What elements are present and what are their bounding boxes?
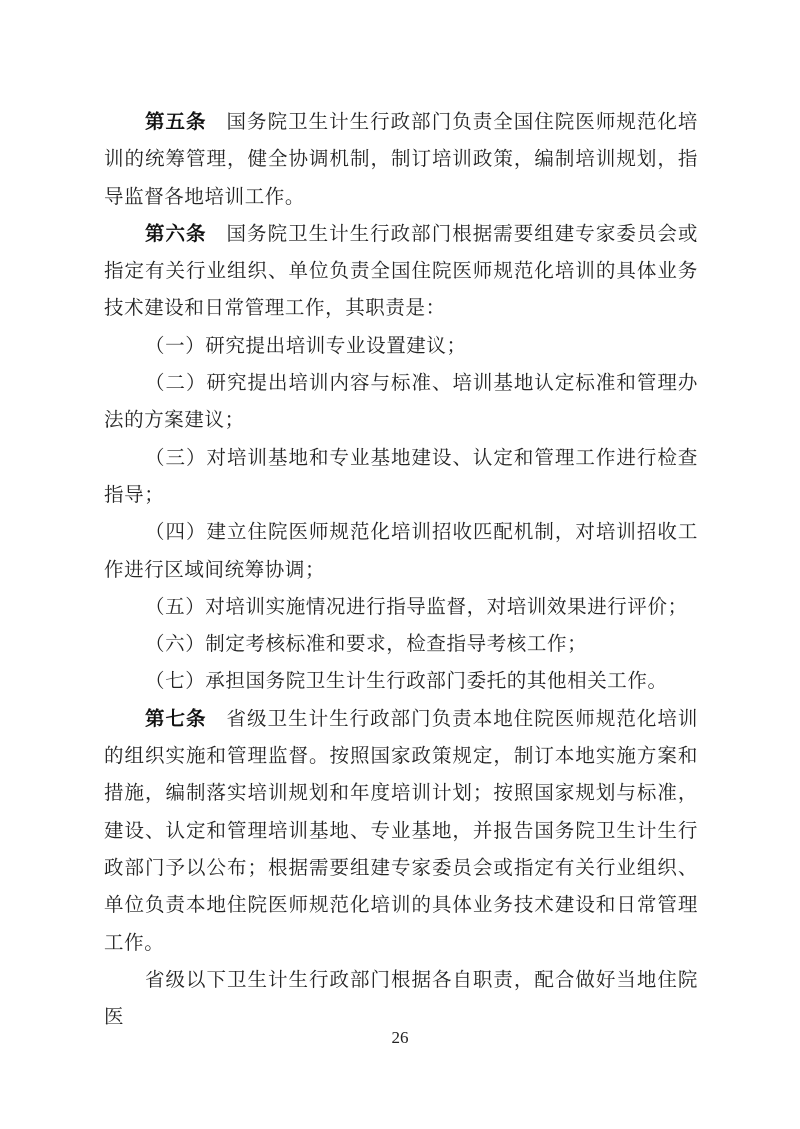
continuation-paragraph: 省级以下卫生计生行政部门根据各自职责，配合做好当地住院医: [104, 961, 698, 1036]
paragraph-text: （五）对培训实施情况进行指导监督，对培训效果进行评价；: [145, 595, 688, 618]
paragraph-text: （七）承担国务院卫生计生行政部门委托的其他相关工作。: [145, 669, 668, 692]
list-item-5: （五）对培训实施情况进行指导监督，对培训效果进行评价；: [104, 588, 698, 625]
list-item-7: （七）承担国务院卫生计生行政部门委托的其他相关工作。: [104, 662, 698, 699]
article-6-paragraph: 第六条国务院卫生计生行政部门根据需要组建专家委员会或指定有关行业组织、单位负责全…: [104, 215, 698, 327]
page-number: 26: [0, 1028, 800, 1048]
article-number: 第七条: [145, 707, 207, 730]
paragraph-text: （二）研究提出培训内容与标准、培训基地认定标准和管理办法的方案建议；: [104, 371, 698, 431]
article-number: 第六条: [145, 222, 207, 245]
paragraph-text: （六）制定考核标准和要求，检查指导考核工作；: [145, 632, 587, 655]
list-item-3: （三）对培训基地和专业基地建设、认定和管理工作进行检查指导；: [104, 439, 698, 514]
document-body: 第五条国务院卫生计生行政部门负责全国住院医师规范化培训的统筹管理，健全协调机制，…: [104, 103, 698, 1035]
paragraph-text: （四）建立住院医师规范化培训招收匹配机制，对培训招收工作进行区域间统筹协调；: [104, 520, 698, 580]
article-7-paragraph: 第七条省级卫生计生行政部门负责本地住院医师规范化培训的组织实施和管理监督。按照国…: [104, 700, 698, 961]
paragraph-text: （一）研究提出培训专业设置建议；: [145, 334, 467, 357]
list-item-2: （二）研究提出培训内容与标准、培训基地认定标准和管理办法的方案建议；: [104, 364, 698, 439]
list-item-6: （六）制定考核标准和要求，检查指导考核工作；: [104, 625, 698, 662]
paragraph-text: 省级卫生计生行政部门负责本地住院医师规范化培训的组织实施和管理监督。按照国家政策…: [104, 707, 698, 954]
paragraph-text: 省级以下卫生计生行政部门根据各自职责，配合做好当地住院医: [104, 968, 698, 1028]
paragraph-text: （三）对培训基地和专业基地建设、认定和管理工作进行检查指导；: [104, 446, 698, 506]
article-5-paragraph: 第五条国务院卫生计生行政部门负责全国住院医师规范化培训的统筹管理，健全协调机制，…: [104, 103, 698, 215]
list-item-4: （四）建立住院医师规范化培训招收匹配机制，对培训招收工作进行区域间统筹协调；: [104, 513, 698, 588]
list-item-1: （一）研究提出培训专业设置建议；: [104, 327, 698, 364]
article-number: 第五条: [145, 110, 207, 133]
